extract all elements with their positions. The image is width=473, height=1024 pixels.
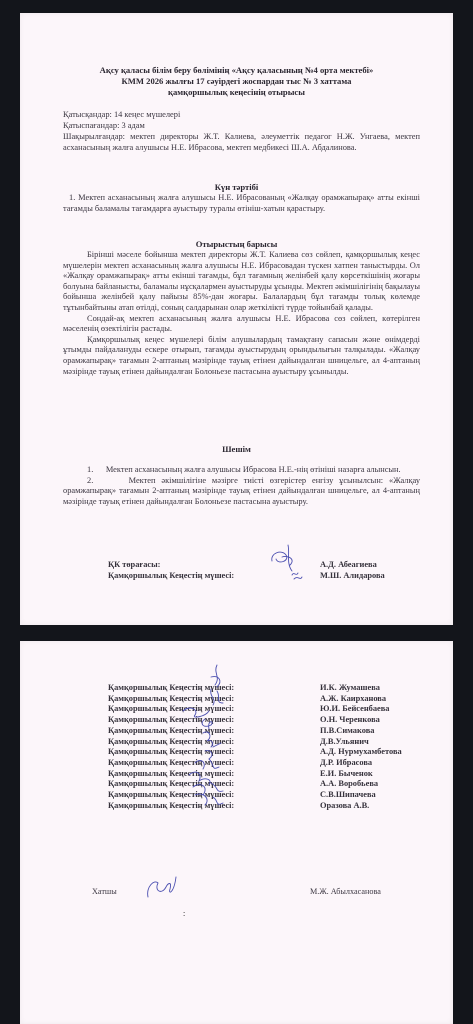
proceedings-paragraph-1: Бірінші мәселе бойынша мектеп директоры … bbox=[63, 250, 420, 314]
signature-icon bbox=[268, 541, 308, 585]
member-name-2: А.Ж. Каирханова bbox=[320, 694, 386, 705]
member-name-10: А.А. Воробьева bbox=[320, 779, 378, 790]
decision-item-1: 1. Мектеп асханасының жалға алушысы Ибра… bbox=[63, 465, 420, 476]
decision-item-text: Мектеп әкімшілігіне мәзірге тиісті өзгер… bbox=[63, 476, 420, 506]
member-signatures-icon bbox=[165, 659, 245, 809]
decision-item-text: Мектеп асханасының жалға алушысы Ибрасов… bbox=[106, 465, 401, 474]
decision-heading: Шешім bbox=[20, 444, 453, 454]
member-name-1: И.К. Жумашева bbox=[320, 683, 380, 694]
document-page-1: Ақсу қаласы білім беру бөлімінің «Ақсу қ… bbox=[20, 13, 453, 625]
attendance-invited: Шақырылғандар: мектеп директоры Ж.Т. Кал… bbox=[63, 132, 420, 153]
agenda-item-1: 1. Мектеп асханасының жалға алушысы Н.Е.… bbox=[63, 193, 420, 214]
chair-role: ҚК төрағасы: bbox=[108, 560, 160, 571]
attendance-present: Қатысқандар: 14 кеңес мүшелері bbox=[63, 110, 180, 121]
member-name-9: Е.И. Быченок bbox=[320, 769, 373, 780]
decision-item-number: 1. bbox=[87, 465, 93, 474]
title-line-2: КММ 2026 жылғы 17 сәуірдегі жоспардан ты… bbox=[20, 76, 453, 87]
member-name-3: Ю.И. Бейсенбаева bbox=[320, 704, 389, 715]
member-name-11: С.В.Шипачева bbox=[320, 790, 376, 801]
member-role: Қамқоршылық Кеңестің мүшесі: bbox=[108, 571, 234, 582]
proceedings-body: Бірінші мәселе бойынша мектеп директоры … bbox=[63, 250, 420, 377]
proceedings-heading: Отырыстың барысы bbox=[20, 239, 453, 249]
secretary-name: М.Ж. Абылхасанова bbox=[310, 887, 381, 896]
chair-name: А.Д. Абеагиева bbox=[320, 560, 377, 571]
decision-item-number: 2. bbox=[87, 476, 93, 485]
member-name-4: О.Н. Черенкова bbox=[320, 715, 380, 726]
decision-list: 1. Мектеп асханасының жалға алушысы Ибра… bbox=[63, 465, 420, 507]
member-name-8: Д.Р. Ибрасова bbox=[320, 758, 372, 769]
member-name-12: Оразова А.В. bbox=[320, 801, 369, 812]
member-name: М.Ш. Алидарова bbox=[320, 571, 385, 582]
member-name-5: П.В.Симакова bbox=[320, 726, 374, 737]
proceedings-paragraph-3: Қамқоршылық кеңес мүшелері білім алушыла… bbox=[63, 335, 420, 377]
title-line-3: қамқоршылық кеңесінің отырысы bbox=[20, 87, 453, 98]
secretary-role: Хатшы bbox=[92, 887, 117, 896]
attendance-absent: Қатыспағандар: 3 адам bbox=[63, 121, 145, 132]
title-line-1: Ақсу қаласы білім беру бөлімінің «Ақсу қ… bbox=[20, 65, 453, 76]
agenda-heading: Күн тәртібі bbox=[20, 182, 453, 192]
member-name-7: А.Д. Нурмухамбетова bbox=[320, 747, 402, 758]
decision-item-2: 2. Мектеп әкімшілігіне мәзірге тиісті өз… bbox=[63, 476, 420, 508]
page-mark: : bbox=[183, 909, 185, 918]
member-name-6: Д.В.Ульянич bbox=[320, 737, 369, 748]
proceedings-paragraph-2: Сондай-ақ мектеп асханасының жалға алушы… bbox=[63, 314, 420, 335]
secretary-signature-icon bbox=[142, 873, 182, 903]
document-page-2: Қамқоршылық Кеңестің мүшесі: Қамқоршылық… bbox=[20, 641, 453, 1024]
